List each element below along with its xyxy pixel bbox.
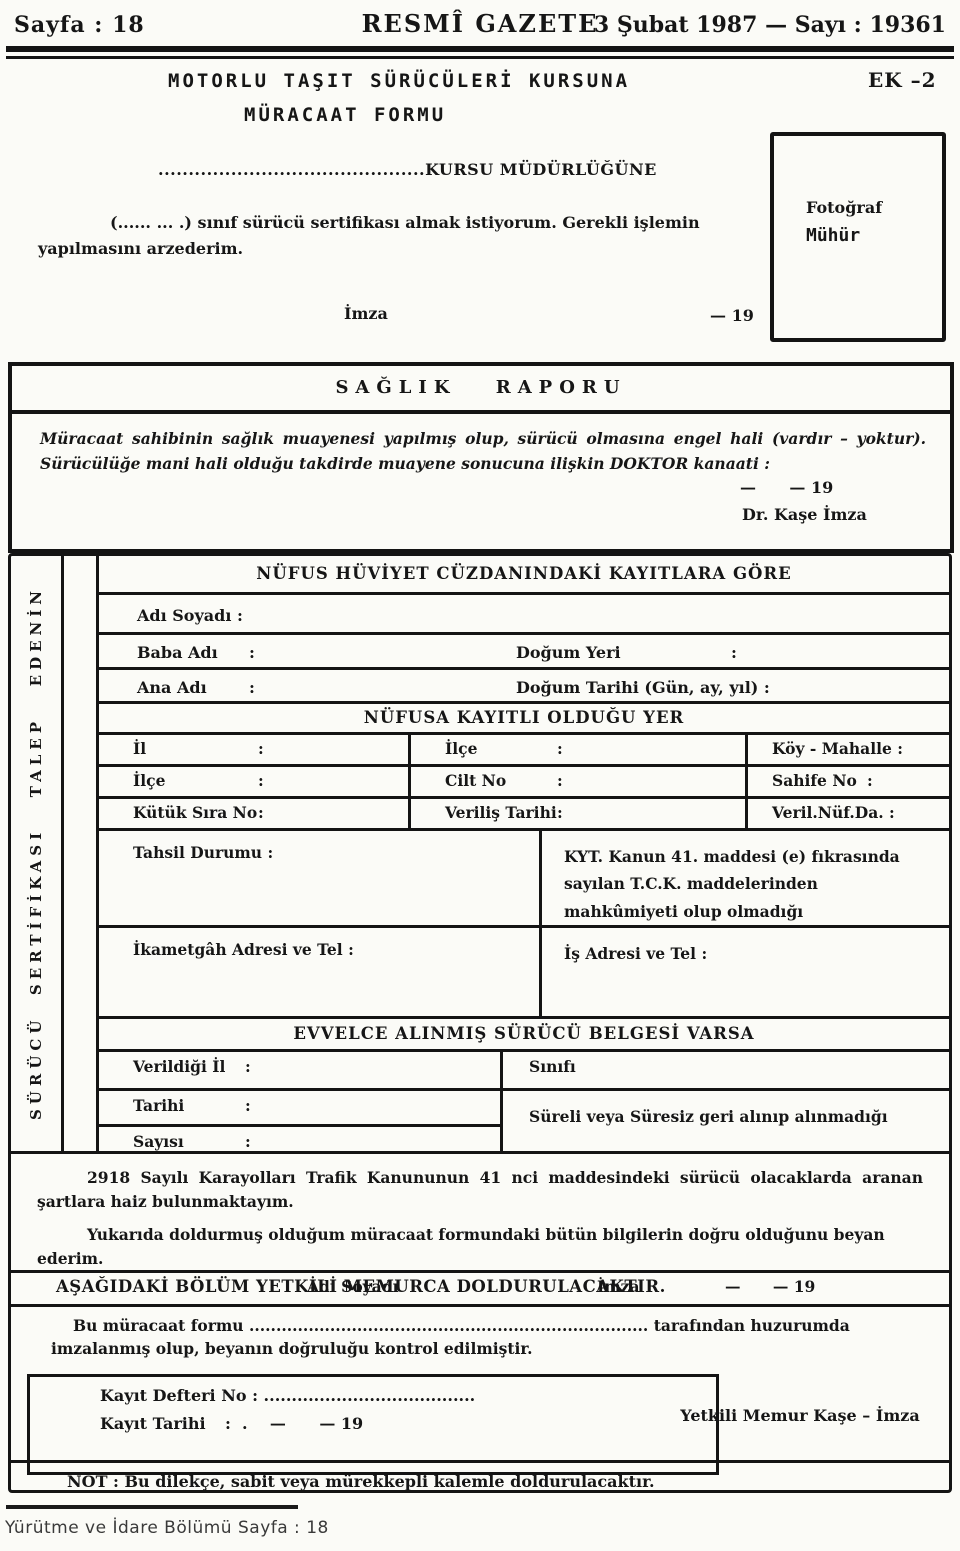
photo-label: Fotoğraf xyxy=(806,198,942,217)
gazette-issue-info: 3 Şubat 1987 — Sayı : 19361 xyxy=(594,12,946,38)
register-date-blank: : . — — 19 xyxy=(225,1414,363,1433)
applicant-fields: NÜFUS HÜVİYET CÜZDANINDAKİ KAYITLARA GÖR… xyxy=(96,556,949,1151)
registry-row-1: İl: İlçe: Köy - Mahalle : xyxy=(99,735,949,767)
doctor-date-blank: — — 19 xyxy=(740,478,833,497)
subdistrict-field: İlçe: xyxy=(99,767,411,796)
registry-table: İl: İlçe: Köy - Mahalle : İlçe: Cilt No:… xyxy=(99,735,949,831)
colon-separator: : xyxy=(557,803,563,822)
criminal-record-label: KYT. Kanun 41. maddesi (e) fıkrasında sa… xyxy=(564,847,900,920)
colon-separator: : xyxy=(258,771,264,790)
licence-date-field: Tarihi: xyxy=(99,1091,500,1127)
form-title-line1: MOTORLU TAŞIT SÜRÜCÜLERİ KURSUNA xyxy=(168,70,630,92)
licence-class-field: Sınıfı xyxy=(503,1052,949,1091)
health-report-section: SAĞLIK RAPORU Müracaat sahibinin sağlık … xyxy=(8,362,954,553)
footer-rule xyxy=(6,1505,298,1509)
declaration-sign-line: Adı Soyadı İmza — — 19 xyxy=(37,1277,923,1303)
applicant-sidebar-label: SÜRÜCÜ SERTİFİKASI TALEP EDENİN xyxy=(27,586,45,1120)
masthead-page-number: Sayfa : 18 xyxy=(14,12,145,38)
page-no-label: Sahife No xyxy=(772,771,867,790)
petition-text: (...... ... .) sınıf sürücü sertifikası … xyxy=(38,210,728,263)
birthdate-label: Doğum Tarihi (Gün, ay, yıl) : xyxy=(516,678,770,697)
home-address-field: İkametgâh Adresi ve Tel : xyxy=(99,928,542,1016)
addressee-dotted-blank: ........................................… xyxy=(158,160,425,179)
district-label: İlçe xyxy=(445,739,557,758)
province-field: İl: xyxy=(99,735,411,764)
birthplace-label: Doğum Yeri xyxy=(516,643,731,662)
declaration-signature-label: İmza xyxy=(597,1277,640,1296)
gazette-page: Sayfa : 18 RESMÎ GAZETE 3 Şubat 1987 — S… xyxy=(0,0,960,1551)
verification-paragraph: Bu müracaat formu ......................… xyxy=(11,1307,949,1374)
register-date-label: Kayıt Tarihi xyxy=(100,1414,225,1433)
health-report-title: SAĞLIK RAPORU xyxy=(12,366,950,414)
registry-section-header: NÜFUSA KAYITLI OLDUĞU YER xyxy=(99,704,949,735)
declaration-official-section: 2918 Sayılı Karayolları Trafik Kanununun… xyxy=(11,1151,949,1491)
register-no-label: Kayıt Defteri No : xyxy=(100,1386,264,1405)
applicant-signature-label: İmza xyxy=(344,304,388,323)
colon-separator: : xyxy=(249,643,255,662)
declaration-truth-text: Yukarıda doldurmuş olduğum müracaat form… xyxy=(37,1214,923,1271)
declaration-name-label: Adı Soyadı xyxy=(307,1277,398,1296)
declaration-block: 2918 Sayılı Karayolları Trafik Kanununun… xyxy=(11,1154,949,1270)
register-serial-label: Kütük Sıra No xyxy=(133,803,258,822)
name-field-row: Adı Soyadı : xyxy=(99,595,949,635)
declaration-law-text: 2918 Sayılı Karayolları Trafik Kanununun… xyxy=(37,1154,923,1214)
form-title-line2: MÜRACAAT FORMU xyxy=(244,104,446,126)
registration-box: Kayıt Defteri No : .....................… xyxy=(27,1374,719,1475)
colon-separator: : xyxy=(867,771,873,790)
licence-revoked-field: Süreli veya Süresiz geri alınıp alınmadı… xyxy=(503,1091,949,1151)
stamp-label: Mühür xyxy=(806,225,942,246)
licence-number-label: Sayısı xyxy=(133,1132,245,1151)
colon-separator: : xyxy=(249,678,255,697)
identity-section-header: NÜFUS HÜVİYET CÜZDANINDAKİ KAYITLARA GÖR… xyxy=(99,556,949,595)
volume-no-field: Cilt No: xyxy=(411,767,748,796)
issued-province-label: Verildiği İl xyxy=(133,1057,245,1076)
licence-date-label: Tarihi xyxy=(133,1096,245,1115)
register-serial-field: Kütük Sıra No: xyxy=(99,799,411,828)
sidebar-gap xyxy=(64,556,96,1151)
addressee-line: ........................................… xyxy=(158,160,657,179)
birthdate-field: Doğum Tarihi (Gün, ay, yıl) : xyxy=(516,678,770,697)
page-no-field: Sahife No: xyxy=(748,767,949,796)
home-address-label: İkametgâh Adresi ve Tel : xyxy=(133,940,354,959)
health-report-body: Müracaat sahibinin sağlık muayenesi yapı… xyxy=(12,414,950,477)
village-label: Köy - Mahalle : xyxy=(772,739,903,758)
work-address-label: İş Adresi ve Tel : xyxy=(564,944,707,963)
doctor-signature-label: Dr. Kaşe İmza xyxy=(742,505,867,524)
verification-intro: Bu müracaat formu xyxy=(73,1316,249,1335)
work-address-field: İş Adresi ve Tel : xyxy=(542,928,949,1016)
issue-date-field: Veriliş Tarihi: xyxy=(411,799,748,828)
photo-box: Fotoğraf Mühür xyxy=(770,132,946,342)
colon-separator: : xyxy=(258,803,264,822)
education-label: Tahsil Durumu : xyxy=(133,843,273,862)
issue-date-label: Veriliş Tarihi xyxy=(445,803,557,822)
colon-separator: : xyxy=(731,643,737,662)
previous-licence-table: Verildiği İl: Tarihi: Sayısı: Sınıfı Sür… xyxy=(99,1052,949,1151)
colon-separator: : xyxy=(557,771,563,790)
colon-separator: : xyxy=(245,1096,251,1115)
mother-birthdate-row: Ana Adı: Doğum Tarihi (Gün, ay, yıl) : xyxy=(99,670,949,704)
father-name-label: Baba Adı xyxy=(137,643,249,662)
verification-dotted-blank: ........................................… xyxy=(249,1316,648,1335)
registry-row-2: İlçe: Cilt No: Sahife No: xyxy=(99,767,949,799)
birthplace-field: Doğum Yeri: xyxy=(516,643,737,662)
colon-separator: : xyxy=(245,1132,251,1151)
previous-licence-left: Verildiği İl: Tarihi: Sayısı: xyxy=(99,1052,503,1151)
issuing-office-field: Veril.Nüf.Da. : xyxy=(748,799,949,828)
issuing-office-label: Veril.Nüf.Da. : xyxy=(772,803,895,822)
volume-no-label: Cilt No xyxy=(445,771,557,790)
addressee-title: KURSU MÜDÜRLÜĞÜNE xyxy=(425,160,657,179)
district-field: İlçe: xyxy=(411,735,748,764)
applicant-section: SÜRÜCÜ SERTİFİKASI TALEP EDENİN NÜFUS HÜ… xyxy=(11,556,949,1151)
registration-row: Kayıt Defteri No : .....................… xyxy=(11,1374,949,1460)
register-date-line: Kayıt Tarihi: . — — 19 xyxy=(100,1414,716,1433)
register-no-line: Kayıt Defteri No : .....................… xyxy=(100,1386,716,1405)
licence-number-field: Sayısı: xyxy=(99,1127,500,1151)
petition-date-blank: — 19 xyxy=(710,306,754,325)
colon-separator: : xyxy=(245,1057,251,1076)
masthead-rule xyxy=(6,46,954,59)
applicant-sidebar: SÜRÜCÜ SERTİFİKASI TALEP EDENİN xyxy=(11,556,64,1151)
education-criminal-row: Tahsil Durumu : KYT. Kanun 41. maddesi (… xyxy=(99,831,949,927)
village-field: Köy - Mahalle : xyxy=(748,735,949,764)
address-row: İkametgâh Adresi ve Tel : İş Adresi ve T… xyxy=(99,928,949,1016)
criminal-record-field: KYT. Kanun 41. maddesi (e) fıkrasında sa… xyxy=(542,831,949,924)
annex-label: EK –2 xyxy=(868,68,937,92)
registry-row-3: Kütük Sıra No: Veriliş Tarihi: Veril.Nüf… xyxy=(99,799,949,831)
previous-licence-header: EVVELCE ALINMIŞ SÜRÜCÜ BELGESİ VARSA xyxy=(99,1016,949,1052)
subdistrict-label: İlçe xyxy=(133,771,258,790)
officer-signature-label: Yetkili Memur Kaşe – İmza xyxy=(661,1406,939,1425)
education-field: Tahsil Durumu : xyxy=(99,831,542,924)
issued-province-field: Verildiği İl: xyxy=(99,1052,500,1091)
colon-separator: : xyxy=(258,739,264,758)
footer-section-label: Yürütme ve İdare Bölümü Sayfa : 18 xyxy=(5,1518,329,1538)
father-birthplace-row: Baba Adı: Doğum Yeri: xyxy=(99,635,949,669)
name-field-label: Adı Soyadı : xyxy=(137,606,949,625)
province-label: İl xyxy=(133,739,258,758)
declaration-date-blank: — — 19 xyxy=(725,1277,815,1296)
previous-licence-right: Sınıfı Süreli veya Süresiz geri alınıp a… xyxy=(503,1052,949,1151)
register-no-dotted-blank: ...................................... xyxy=(264,1386,476,1405)
mother-name-label: Ana Adı xyxy=(137,678,249,697)
application-form-box: SÜRÜCÜ SERTİFİKASI TALEP EDENİN NÜFUS HÜ… xyxy=(8,553,952,1493)
colon-separator: : xyxy=(557,739,563,758)
